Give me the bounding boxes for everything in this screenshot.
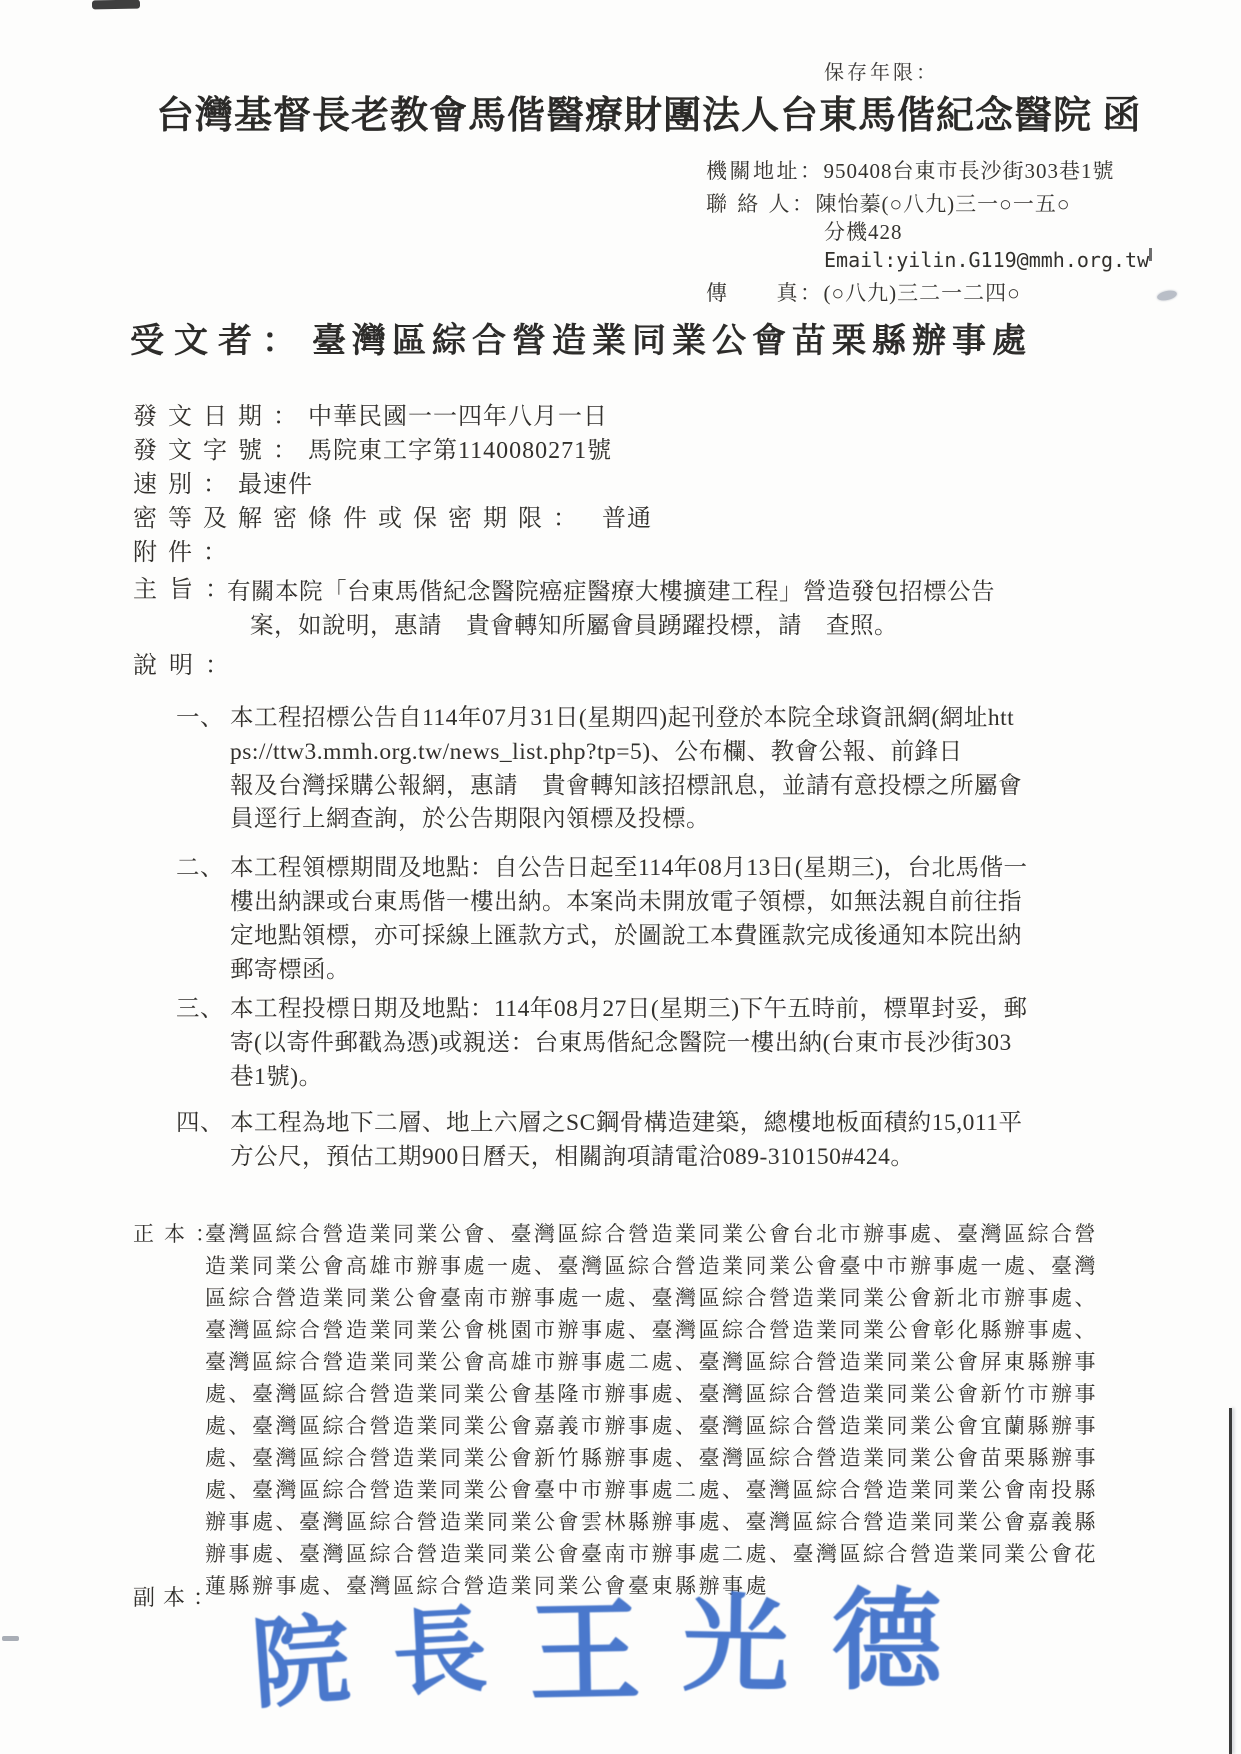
item-1-number: 一、 — [176, 705, 224, 732]
page-title: 台灣基督長老教會馬偕醫療財團法人台東馬偕紀念醫院 函 — [156, 95, 1142, 139]
item-1-line-2: ps://ttw3.mmh.org.tw/news_list.php?tp=5)… — [230, 739, 963, 766]
scan-edge-line-right — [1229, 1408, 1232, 1754]
original-copies-line-4: 臺灣區綜合營造業同業公會桃園市辦事處、臺灣區綜合營造業同業公會彰化縣辦事處、 — [205, 1318, 1098, 1342]
original-copies-line-11: 辦事處、臺灣區綜合營造業同業公會臺南市辦事處二處、臺灣區綜合營造業同業公會花 — [205, 1542, 1098, 1566]
subject-label: 主旨： — [133, 577, 241, 605]
scan-smudge-top-left — [92, 0, 140, 9]
subject-line-1: 有關本院「台東馬偕紀念醫院癌症醫療大樓擴建工程」營造發包招標公告 — [227, 579, 995, 606]
scan-dash-left — [2, 1636, 19, 1641]
item-4-line-1: 本工程為地下二層、地上六層之SC鋼骨構造建築，總樓地板面積約15,011平 — [230, 1110, 1023, 1137]
stamp-char-zhang: 長 — [390, 1604, 489, 1703]
security-value: 普通 — [602, 506, 652, 532]
speed-value: 最速件 — [238, 472, 313, 498]
item-4-number: 四、 — [176, 1110, 224, 1137]
item-2-number: 二、 — [176, 855, 224, 882]
ref-number-label: 發文字號： — [133, 438, 308, 464]
original-copies-line-1: 臺灣區綜合營造業同業公會、臺灣區綜合營造業同業公會台北市辦事處、臺灣區綜合營 — [205, 1222, 1098, 1246]
speed-row: 速別：最速件 — [133, 472, 313, 500]
security-row: 密等及解密條件或保密期限：普通 — [133, 506, 652, 534]
security-label: 密等及解密條件或保密期限： — [133, 506, 588, 532]
agency-address-row: 機關地址：950408台東市長沙街303巷1號 — [706, 159, 1115, 183]
item-2-line-4: 郵寄標函。 — [230, 957, 350, 984]
agency-address-value: 950408台東市長沙街303巷1號 — [824, 159, 1115, 183]
speed-label: 速別： — [133, 472, 238, 498]
issue-date-value: 中華民國一一四年八月一日 — [308, 404, 608, 430]
contact-person-value: 陳怡蓁(○八九)三一○一五○ — [816, 192, 1071, 216]
original-copies-line-5: 臺灣區綜合營造業同業公會高雄市辦事處二處、臺灣區綜合營造業同業公會屏東縣辦事 — [205, 1350, 1098, 1374]
stamp-char-de: 德 — [832, 1587, 942, 1697]
scan-mark-right — [1149, 248, 1152, 261]
recipient-value: 臺灣區綜合營造業同業公會苗栗縣辦事處 — [312, 323, 1032, 360]
retention-label: 保存年限： — [824, 62, 939, 85]
item-1-line-1: 本工程招標公告自114年07月31日(星期四)起刊登於本院全球資訊網(網址htt — [230, 705, 1014, 732]
original-copies-line-2: 造業同業公會高雄市辦事處一處、臺灣區綜合營造業同業公會臺中市辦事處一處、臺灣 — [205, 1254, 1098, 1278]
stamp-char-guang: 光 — [682, 1593, 790, 1701]
contact-person-row: 聯 絡 人：陳怡蓁(○八九)三一○一五○ — [706, 192, 1071, 216]
contact-extension: 分機428 — [824, 220, 903, 244]
recipient-row: 受文者：臺灣區綜合營造業同業公會苗栗縣辦事處 — [130, 322, 1032, 361]
item-2-line-1: 本工程領標期間及地點：自公告日起至114年08月13日(星期三)，台北馬偕一 — [230, 855, 1028, 882]
original-copies-line-10: 辦事處、臺灣區綜合營造業同業公會雲林縣辦事處、臺灣區綜合營造業同業公會嘉義縣 — [205, 1510, 1098, 1534]
scanned-official-letter: { "document": { "retention": "保存年限：", "t… — [0, 0, 1241, 1754]
scan-smudge-right — [1156, 289, 1177, 302]
issue-date-label: 發文日期： — [133, 404, 308, 430]
contact-person-label: 聯 絡 人： — [706, 192, 816, 216]
subject-line-2: 案，如說明，惠請 貴會轉知所屬會員踴躍投標，請 查照。 — [250, 613, 898, 640]
original-copies-line-3: 區綜合營造業同業公會臺南市辦事處一處、臺灣區綜合營造業同業公會新北市辦事處、 — [205, 1286, 1098, 1310]
item-3-line-1: 本工程投標日期及地點：114年08月27日(星期三)下午五時前，標單封妥，郵 — [230, 996, 1028, 1023]
fax-value: (○八九)三二一二四○ — [824, 281, 1021, 305]
item-3-line-3: 巷1號)。 — [230, 1064, 323, 1091]
stamp-char-yuan: 院 — [249, 1612, 354, 1717]
item-2-line-3: 定地點領標，亦可採線上匯款方式，於圖說工本費匯款完成後通知本院出納 — [230, 923, 1022, 950]
ref-number-value: 馬院東工字第1140080271號 — [308, 438, 612, 464]
director-signature-stamp: 院 長 王 光 德 — [251, 1590, 943, 1737]
item-3-number: 三、 — [176, 996, 224, 1023]
item-4-line-2: 方公尺，預估工期900日曆天，相關詢項請電洽089-310150#424。 — [230, 1144, 914, 1171]
item-3-line-2: 寄(以寄件郵戳為憑)或親送：台東馬偕紀念醫院一樓出納(台東市長沙街303 — [230, 1030, 1012, 1057]
item-2-line-2: 樓出納課或台東馬偕一樓出納。本案尚未開放電子領標，如無法親自前往指 — [230, 889, 1022, 916]
item-1-line-4: 員逕行上網查詢，於公告期限內領標及投標。 — [230, 806, 710, 833]
issue-date-row: 發文日期：中華民國一一四年八月一日 — [133, 404, 608, 432]
recipient-label: 受文者： — [130, 323, 306, 360]
contact-email: Email:yilin.G119@mmh.org.tw — [824, 249, 1149, 272]
stamp-char-wang: 王 — [528, 1597, 642, 1711]
attachment-label: 附件： — [133, 540, 238, 566]
fax-row: 傳 真：(○八九)三二一二四○ — [706, 281, 1021, 305]
attachment-row: 附件： — [133, 540, 238, 568]
explanation-label: 說明： — [133, 653, 241, 681]
original-copies-line-8: 處、臺灣區綜合營造業同業公會新竹縣辦事處、臺灣區綜合營造業同業公會苗栗縣辦事 — [205, 1446, 1098, 1470]
original-copies-line-9: 處、臺灣區綜合營造業同業公會臺中市辦事處二處、臺灣區綜合營造業同業公會南投縣 — [205, 1478, 1098, 1502]
agency-address-label: 機關地址： — [706, 159, 824, 183]
item-1-line-3: 報及台灣採購公報網，惠請 貴會轉知該招標訊息，並請有意投標之所屬會 — [230, 773, 1022, 800]
ref-number-row: 發文字號：馬院東工字第1140080271號 — [133, 438, 612, 466]
fax-label: 傳 真： — [706, 281, 824, 305]
carbon-copy-label: 副本： — [133, 1585, 223, 1610]
original-copies-line-6: 處、臺灣區綜合營造業同業公會基隆市辦事處、臺灣區綜合營造業同業公會新竹市辦事 — [205, 1382, 1098, 1406]
original-copies-line-7: 處、臺灣區綜合營造業同業公會嘉義市辦事處、臺灣區綜合營造業同業公會宜蘭縣辦事 — [205, 1414, 1098, 1438]
